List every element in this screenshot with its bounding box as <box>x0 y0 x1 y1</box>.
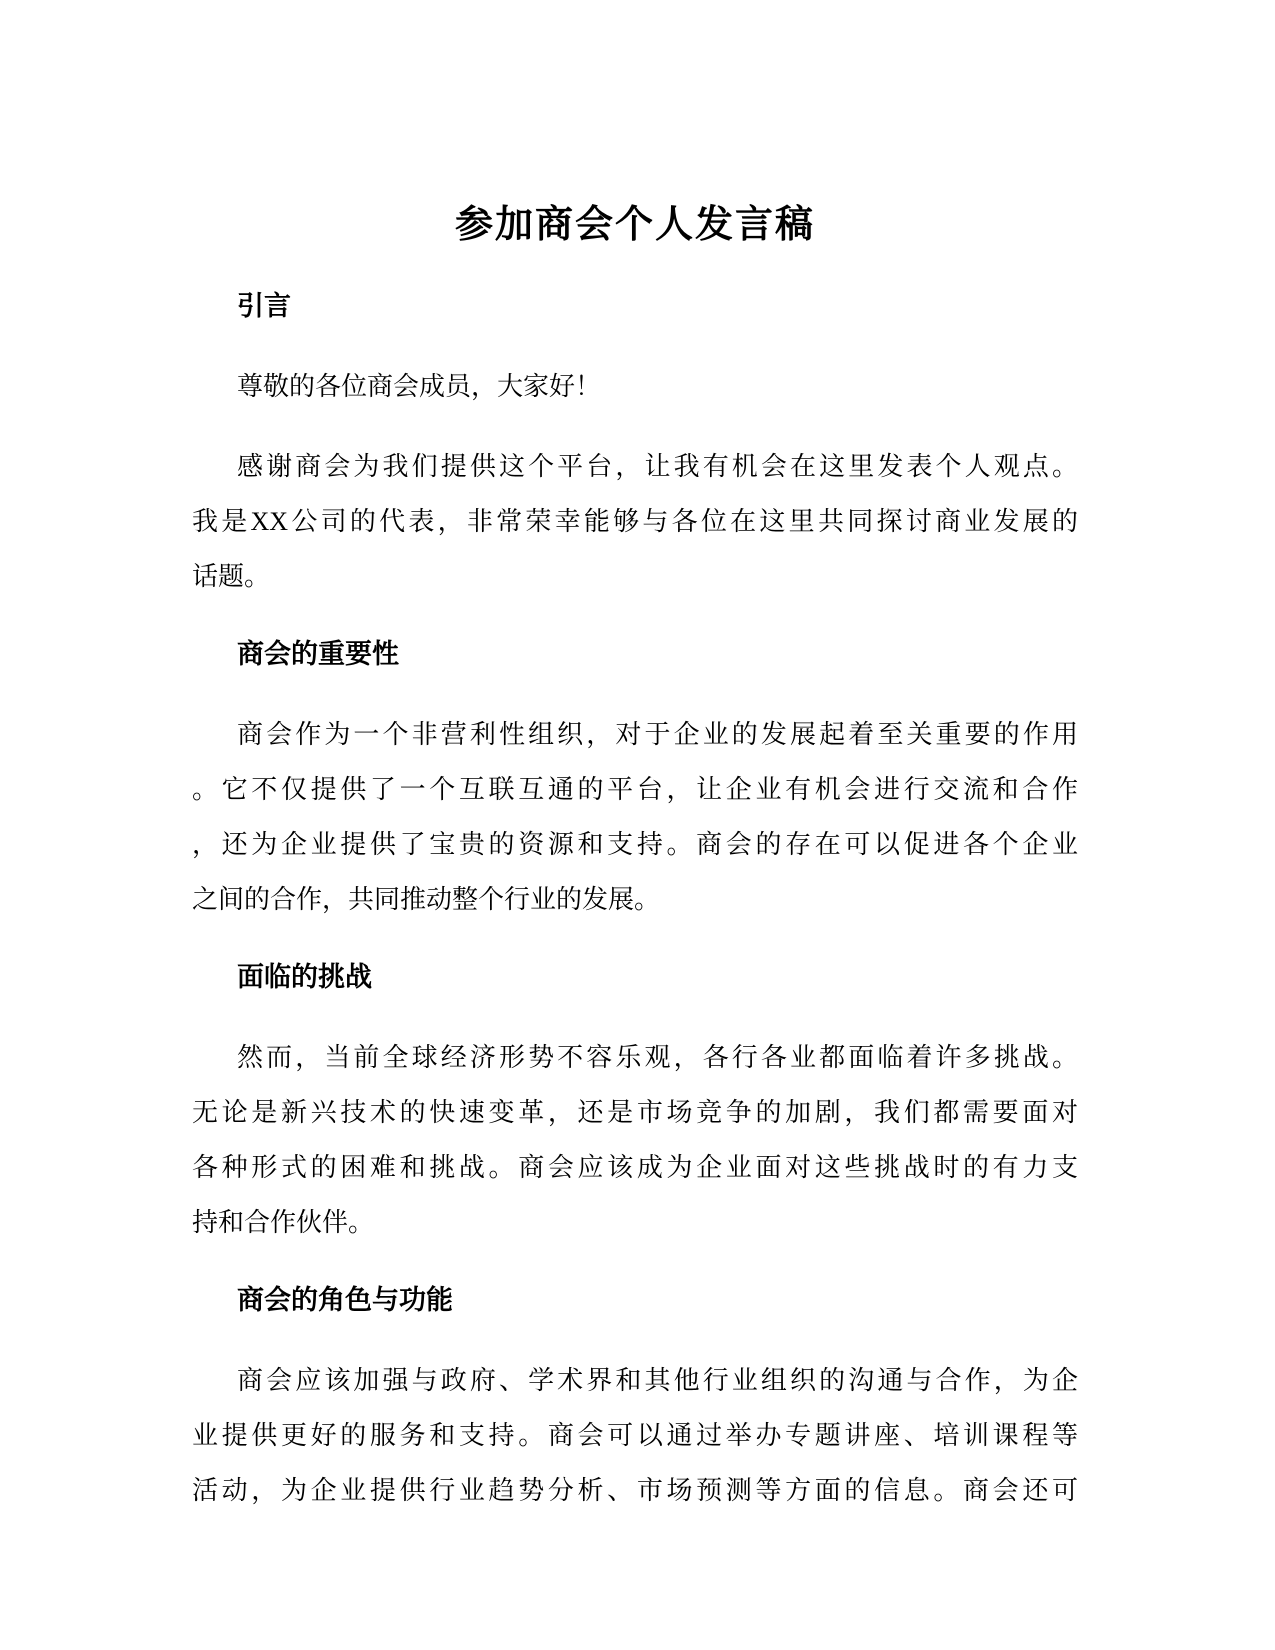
paragraph-line: 然而，当前全球经济形势不容乐观，各行各业都面临着许多挑战。 <box>192 1030 1078 1085</box>
section-heading-role-function: 商会的角色与功能 <box>192 1273 1078 1328</box>
paragraph-line: 各种形式的困难和挑战。商会应该成为企业面对这些挑战时的有力支 <box>192 1140 1078 1195</box>
paragraph-line: 话题。 <box>192 549 1078 604</box>
paragraph-line: 商会作为一个非营利性组织，对于企业的发展起着至关重要的作用 <box>192 707 1078 762</box>
paragraph-line: 持和合作伙伴。 <box>192 1195 1078 1250</box>
paragraph-line: 感谢商会为我们提供这个平台，让我有机会在这里发表个人观点。 <box>192 439 1078 494</box>
paragraph-line: 无论是新兴技术的快速变革，还是市场竞争的加剧，我们都需要面对 <box>192 1085 1078 1140</box>
paragraph-line: 我是XX公司的代表，非常荣幸能够与各位在这里共同探讨商业发展的 <box>192 494 1078 549</box>
paragraph-line: 。它不仅提供了一个互联互通的平台，让企业有机会进行交流和合作 <box>192 762 1078 817</box>
paragraph-line: ，还为企业提供了宝贵的资源和支持。商会的存在可以促进各个企业 <box>192 817 1078 872</box>
paragraph-line: 活动，为企业提供行业趋势分析、市场预测等方面的信息。商会还可 <box>192 1463 1078 1518</box>
paragraph: 商会作为一个非营利性组织，对于企业的发展起着至关重要的作用 。它不仅提供了一个互… <box>192 707 1078 927</box>
paragraph-line: 之间的合作，共同推动整个行业的发展。 <box>192 872 1078 927</box>
paragraph: 尊敬的各位商会成员，大家好！ <box>192 359 1078 414</box>
section-heading-introduction: 引言 <box>192 279 1078 334</box>
section-heading-challenges: 面临的挑战 <box>192 950 1078 1005</box>
paragraph-line: 业提供更好的服务和支持。商会可以通过举办专题讲座、培训课程等 <box>192 1408 1078 1463</box>
section-heading-importance: 商会的重要性 <box>192 627 1078 682</box>
paragraph: 感谢商会为我们提供这个平台，让我有机会在这里发表个人观点。 我是XX公司的代表，… <box>192 439 1078 604</box>
document-title: 参加商会个人发言稿 <box>192 194 1078 256</box>
paragraph: 商会应该加强与政府、学术界和其他行业组织的沟通与合作，为企 业提供更好的服务和支… <box>192 1353 1078 1518</box>
paragraph-line: 尊敬的各位商会成员，大家好！ <box>192 359 1078 414</box>
paragraph-line: 商会应该加强与政府、学术界和其他行业组织的沟通与合作，为企 <box>192 1353 1078 1408</box>
document-page: 参加商会个人发言稿 引言 尊敬的各位商会成员，大家好！ 感谢商会为我们提供这个平… <box>0 0 1275 1650</box>
paragraph: 然而，当前全球经济形势不容乐观，各行各业都面临着许多挑战。 无论是新兴技术的快速… <box>192 1030 1078 1250</box>
